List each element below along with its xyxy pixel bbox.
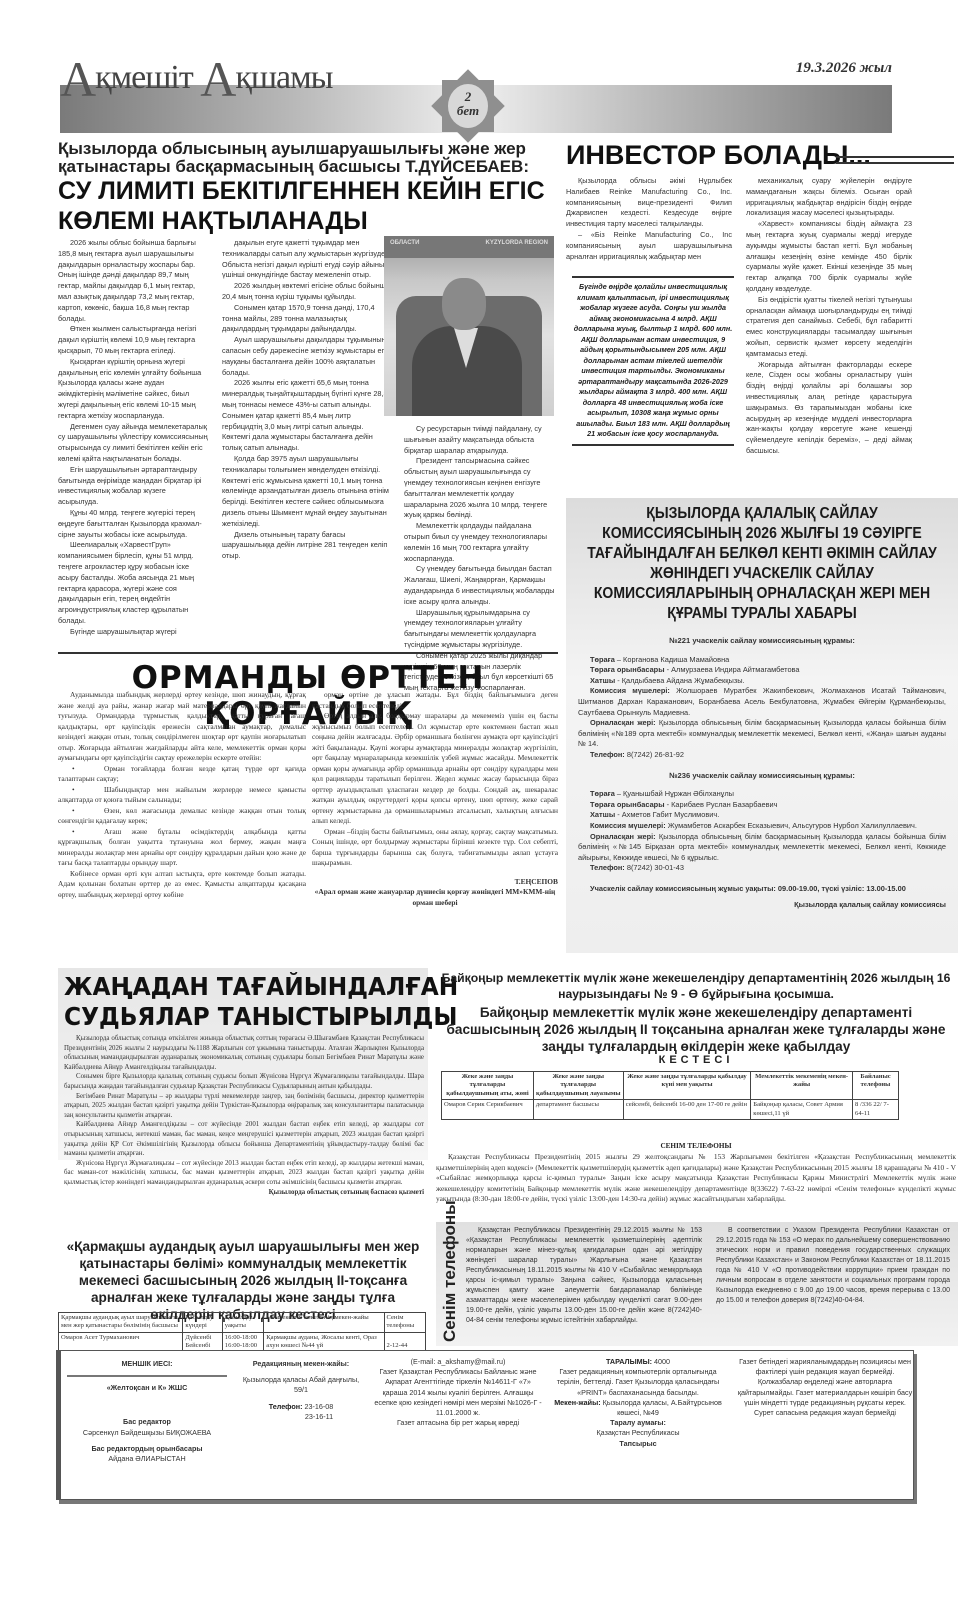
forest-article-col1: Ауданымызда шабындық жерлерді өртеу кезі…	[58, 690, 306, 900]
election-notice-title: ҚЫЗЫЛОРДА ҚАЛАЛЫҚ САЙЛАУ КОМИССИЯСЫНЫҢ 2…	[586, 504, 939, 624]
photo-backdrop-banner: ОБЛАСТИ KYZYLORDA REGION	[384, 236, 554, 258]
election-signature: Қызылорда қалалық сайлау комиссиясы	[578, 900, 946, 911]
investor-article-col2: механикалық суару жүйелерін өндіруге мам…	[746, 176, 912, 457]
newspaper-title: Ақмешіт Ақшамы	[60, 50, 333, 108]
election-notice-box: ҚЫЗЫЛОРДА ҚАЛАЛЫҚ САЙЛАУ КОМИССИЯСЫНЫҢ 2…	[566, 498, 958, 953]
trust-phone-heading: СЕНІМ ТЕЛЕФОНЫ	[436, 1142, 956, 1150]
imprint-address: Редакцияның мекен-жайы: Қызылорда қаласы…	[241, 1359, 361, 1422]
section-divider	[58, 652, 558, 654]
official-portrait-photo: ОБЛАСТИ KYZYLORDA REGION	[384, 236, 554, 416]
trust-phone-kazakh-text: Қазақстан Республикасы Президентінің 29.…	[466, 1226, 702, 1326]
judges-article-box: ЖАҢАДАН ТАҒАЙЫНДАЛҒАН СУДЬЯЛАР ТАНЫСТЫРЫ…	[58, 968, 428, 1160]
water-article-col2: дақылын егуге қажетті тұқымдар мен техни…	[222, 238, 390, 562]
investor-article-col1: Қызылорда облысы әкімі Нұрлыбек Налибаев…	[566, 176, 732, 262]
forest-article-col2: орман өртіне де ұласып жатады. Бұл бізді…	[312, 690, 558, 908]
baikonur-order-header: Байқоңыр мемлекеттік мүлік және жекешеле…	[436, 970, 956, 1002]
water-article-title: СУ ЛИМИТІ БЕКІТІЛГЕННЕН КЕЙІН ЕГІС КӨЛЕМ…	[58, 176, 558, 236]
newspaper-imprint: МЕНШІК ИЕСІ: «Желтоқсан и К» ЖШС Бас ред…	[56, 1350, 914, 1500]
imprint-printing: ТАРАЛЫМЫ: 4000 Газет редакцияның компьют…	[553, 1357, 723, 1449]
list-item: Орман тоғайларда болған кезде қатаң түрд…	[58, 764, 306, 785]
baikonur-schedule-title: Байқоңыр мемлекеттік мүлік және жекешеле…	[436, 1004, 956, 1055]
trust-phone-russian-text: В соответствии с Указом Президента Респу…	[716, 1226, 950, 1306]
schedule-label: КЕСТЕСІ	[436, 1054, 956, 1066]
page-number: 2 бет	[448, 84, 488, 128]
trust-phone-box: Сенім телефоны Қазақстан Республикасы Пр…	[436, 1222, 958, 1346]
water-article-col1: 2026 жылы облыс бойынша барлығы 185,8 мы…	[58, 238, 208, 637]
karmakshy-reception-table: Қармақшы аудандық ауыл шаруашылығы мен ж…	[58, 1312, 426, 1353]
editorial-email[interactable]: (E-mail: a_akshamy@mail.ru)	[373, 1357, 543, 1367]
table-row: Омаров Серик Серикбаевич департамент бас…	[442, 1100, 899, 1120]
list-item: Шабындықтар мен жайылым жерлерде немесе …	[58, 785, 306, 806]
baikonur-reception-table: Жеке және заңды тұлғаларды қабылдаушының…	[441, 1071, 899, 1120]
list-item: Ағаш және бұталы өсімдіктердің алқабында…	[58, 827, 306, 869]
baikonur-trust-phone-text: Қазақстан Республикасы Президентінің 201…	[436, 1152, 956, 1205]
author-organization: «Арал орман және жануарлар дүниесін қорғ…	[312, 887, 558, 908]
imprint-owner: МЕНШІК ИЕСІ: «Желтоқсан и К» ЖШС Бас ред…	[67, 1357, 227, 1464]
issue-date: 19.3.2026 жыл	[796, 60, 892, 77]
judges-article-body: Қызылорда облыстық сотында өткізілген жи…	[64, 1034, 424, 1197]
trust-phone-vertical-label: Сенім телефоны	[440, 1200, 460, 1342]
investor-pull-quote: Бүгінде өңірде қолайлы инвестициялық кли…	[572, 276, 734, 446]
list-item: Өзен, көл жағасында демалыс кезінде жаққ…	[58, 806, 306, 827]
judges-article-title: ЖАҢАДАН ТАҒАЙЫНДАЛҒАН СУДЬЯЛАР ТАНЫСТЫРЫ…	[64, 972, 458, 1032]
work-hours: Учаскелік сайлау комиссиясының жұмыс уақ…	[578, 884, 946, 895]
judges-signature: Қызылорда облыстық сотының баспасөз қызм…	[64, 1188, 424, 1198]
imprint-registration: (E-mail: a_akshamy@mail.ru) Газет Қазақс…	[373, 1357, 543, 1428]
imprint-disclaimer: Газет бетіндегі жарияланымдардың позиция…	[737, 1357, 913, 1418]
investor-article-title: ИНВЕСТОР БОЛАДЫ...	[566, 140, 871, 171]
fire-rules-list: Орман тоғайларда болған кезде қатаң түрд…	[58, 764, 306, 869]
water-article-kicker: Қызылорда облысының ауылшаруашылығы және…	[58, 140, 558, 176]
karmakshy-schedule-title: «Қармақшы аудандық ауыл шаруашылығы мен …	[58, 1238, 428, 1323]
author-name: Т.ЕҢСЕПОВ	[312, 877, 558, 888]
page-number-badge: 2 бет	[432, 70, 504, 142]
election-notice-body: №221 учаскелік сайлау комиссиясының құра…	[566, 636, 958, 911]
title-double-rule	[836, 156, 954, 164]
